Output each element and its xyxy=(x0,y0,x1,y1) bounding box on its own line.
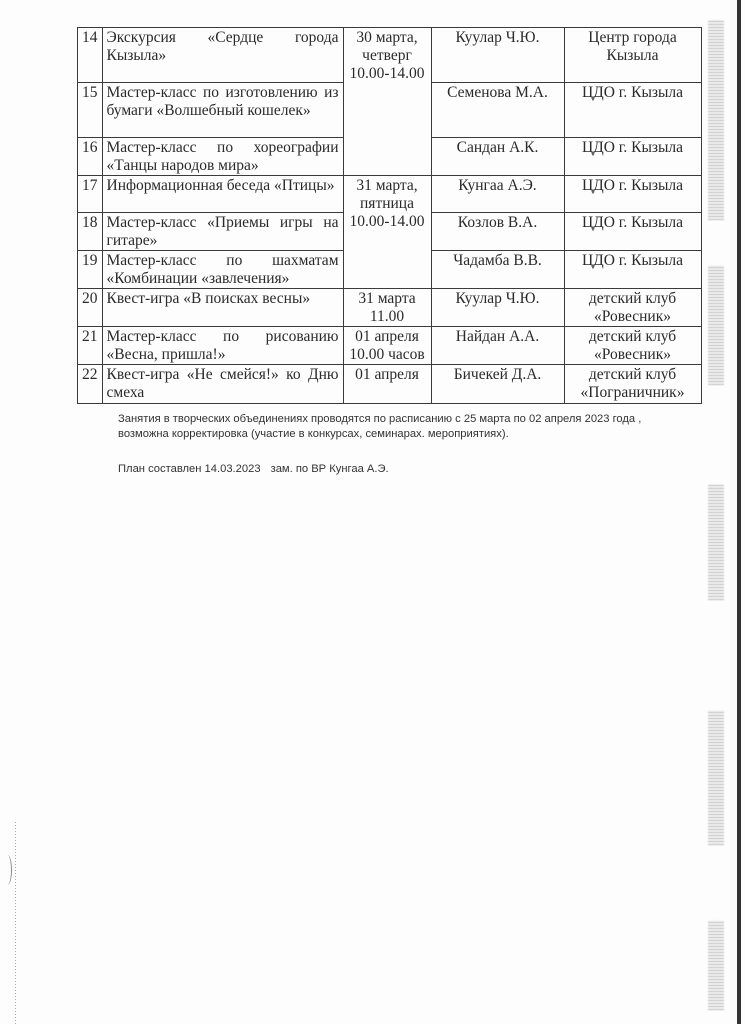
event-place: Центр города Кызыла xyxy=(564,28,701,83)
table-row: 20 Квест-игра «В поисках весны» 31 марта… xyxy=(78,289,702,327)
event-date: 31 марта, пятница 10.00-14.00 xyxy=(343,176,431,289)
schedule-note-line-1: Занятия в творческих объединениях провод… xyxy=(118,412,688,427)
event-place: ЦДО г. Кызыла xyxy=(564,213,701,251)
event-date: 01 апреля 10.00 часов xyxy=(343,327,431,365)
row-number: 20 xyxy=(78,289,103,327)
responsible-person: Бичекей Д.А. xyxy=(431,365,564,404)
responsible-person: Куулар Ч.Ю. xyxy=(431,28,564,83)
row-number: 16 xyxy=(78,138,103,176)
event-title: Информационная беседа «Птицы» xyxy=(102,176,343,213)
table-row: 22 Квест-игра «Не смейся!» ко Дню смеха … xyxy=(78,365,702,404)
schedule-note-line-2: возможна корректировка (участие в конкур… xyxy=(118,427,688,442)
table-row: 17 Информационная беседа «Птицы» 31 март… xyxy=(78,176,702,213)
event-place: ЦДО г. Кызыла xyxy=(564,138,701,176)
event-place: ЦДО г. Кызыла xyxy=(564,83,701,138)
row-number: 22 xyxy=(78,365,103,404)
responsible-person: Найдан А.А. xyxy=(431,327,564,365)
event-title: Мастер-класс по шахматам «Комбинации «за… xyxy=(102,251,343,289)
scan-smudge xyxy=(708,485,724,600)
event-date: 30 марта, четверг 10.00-14.00 xyxy=(343,28,431,176)
responsible-person: Куулар Ч.Ю. xyxy=(431,289,564,327)
table-row: 14 Экскурсия «Сердце города Кызыла» 30 м… xyxy=(78,28,702,83)
scan-smudge xyxy=(708,920,724,1010)
responsible-person: Чадамба В.В. xyxy=(431,251,564,289)
event-date: 31 марта 11.00 xyxy=(343,289,431,327)
scan-smudge xyxy=(708,265,724,385)
plan-signature: План составлен 14.03.2023зам. по ВР Кунг… xyxy=(118,462,688,477)
responsible-person: Козлов В.А. xyxy=(431,213,564,251)
row-number: 14 xyxy=(78,28,103,83)
event-place: детский клуб «Ровесник» xyxy=(564,289,701,327)
event-schedule-table: 14 Экскурсия «Сердце города Кызыла» 30 м… xyxy=(77,27,702,404)
event-title: Мастер-класс по рисованию «Весна, пришла… xyxy=(102,327,343,365)
scan-left-edge xyxy=(15,820,16,1024)
event-place: ЦДО г. Кызыла xyxy=(564,251,701,289)
footer-notes: Занятия в творческих объединениях провод… xyxy=(118,412,688,477)
scan-edge-shadow xyxy=(737,0,741,1024)
responsible-person: Сандан А.К. xyxy=(431,138,564,176)
row-number: 21 xyxy=(78,327,103,365)
scan-mark xyxy=(3,855,12,885)
event-date: 01 апреля xyxy=(343,365,431,404)
scanned-document-page: 14 Экскурсия «Сердце города Кызыла» 30 м… xyxy=(0,0,745,1024)
event-place: ЦДО г. Кызыла xyxy=(564,176,701,213)
row-number: 17 xyxy=(78,176,103,213)
event-title: Квест-игра «В поисках весны» xyxy=(102,289,343,327)
event-title: Мастер-класс по хореографии «Танцы народ… xyxy=(102,138,343,176)
event-title: Мастер-класс по изготовлению из бумаги «… xyxy=(102,83,343,138)
scan-smudge xyxy=(708,20,724,220)
table-row: 21 Мастер-класс по рисованию «Весна, при… xyxy=(78,327,702,365)
row-number: 19 xyxy=(78,251,103,289)
event-title: Мастер-класс «Приемы игры на гитаре» xyxy=(102,213,343,251)
event-title: Квест-игра «Не смейся!» ко Дню смеха xyxy=(102,365,343,404)
responsible-person: Семенова М.А. xyxy=(431,83,564,138)
plan-date: План составлен 14.03.2023 xyxy=(118,463,261,475)
scan-smudge xyxy=(708,710,724,845)
event-place: детский клуб «Пограничник» xyxy=(564,365,701,404)
event-place: детский клуб «Ровесник» xyxy=(564,327,701,365)
plan-author: зам. по ВР Кунгаа А.Э. xyxy=(271,463,389,475)
row-number: 18 xyxy=(78,213,103,251)
row-number: 15 xyxy=(78,83,103,138)
event-title: Экскурсия «Сердце города Кызыла» xyxy=(102,28,343,83)
responsible-person: Кунгаа А.Э. xyxy=(431,176,564,213)
